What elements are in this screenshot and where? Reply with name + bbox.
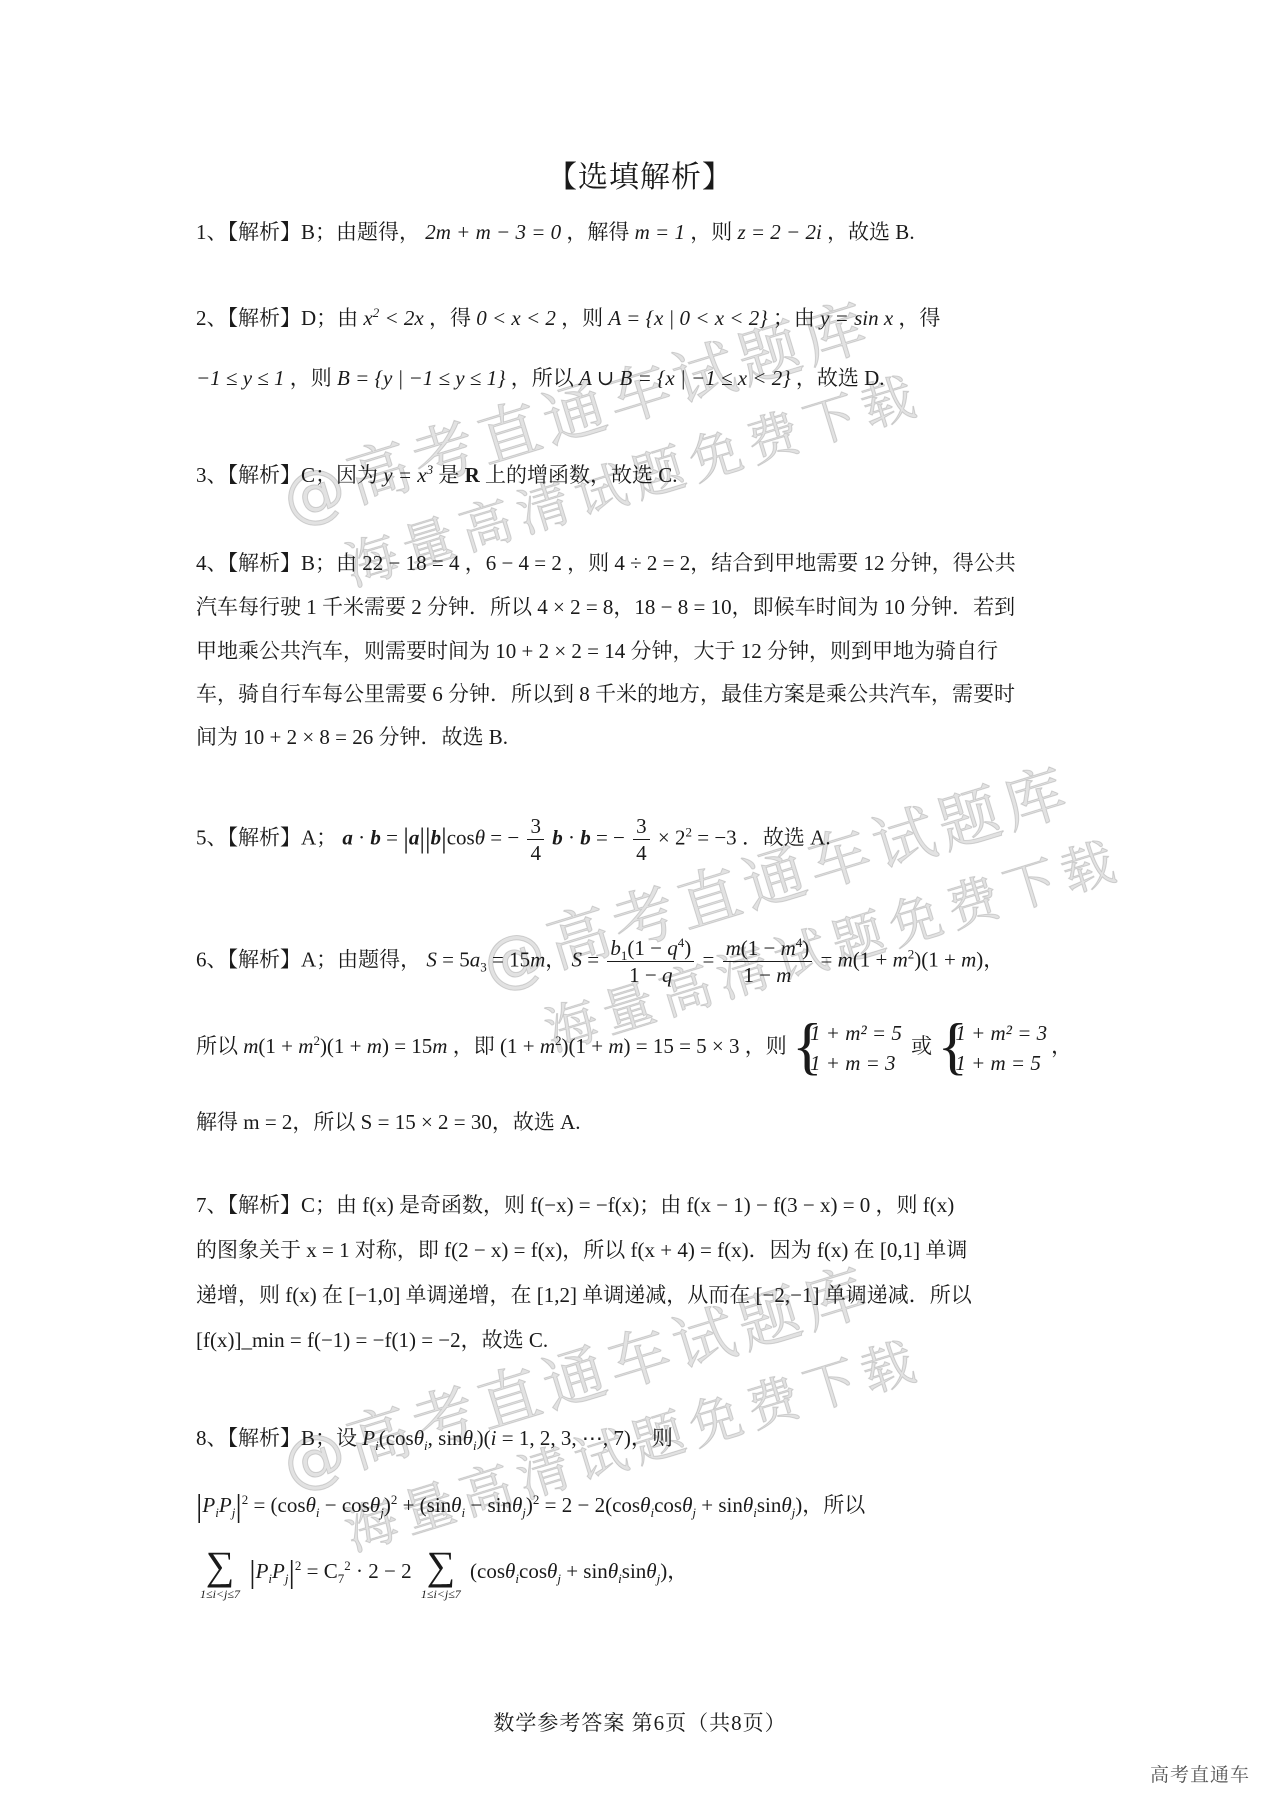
solution-8-line-1: 8、【解析】B；设 Pi(cosθi, sinθi)(i = 1, 2, 3, …: [196, 1423, 673, 1453]
summation: ∑1≤i<j≤7: [200, 1545, 240, 1601]
solution-4-line-4: 车，骑自行车每公里需要 6 分钟．所以到 8 千米的地方，最佳方案是乘公共汽车，…: [196, 679, 1015, 709]
fraction: 34: [527, 813, 544, 866]
page-footer: 数学参考答案 第6页（共8页）: [0, 1707, 1280, 1737]
equation-system: 1 + m² = 51 + m = 3: [796, 1018, 902, 1078]
solution-6-line-3: 解得 m = 2，所以 S = 15 × 2 = 30，故选 A.: [196, 1107, 581, 1137]
solution-4-line-1: 4、【解析】B；由 22 − 18 = 4 ，6 − 4 = 2 ，则 4 ÷ …: [196, 548, 1016, 578]
solution-4-line-3: 甲地乘公共汽车，则需要时间为 10 + 2 × 2 = 14 分钟，大于 12 …: [196, 636, 998, 666]
solution-8-line-2: |PiPj|2 = (cosθi − cosθj)2 + (sinθi − si…: [196, 1490, 865, 1520]
solution-2-line-2: −1 ≤ y ≤ 1 ，则 B = {y | −1 ≤ y ≤ 1} ，所以 A…: [196, 363, 885, 393]
fraction: m(1 − m4)1 − m: [723, 935, 813, 988]
solution-1: 1、【解析】B；由题得， 2m + m − 3 = 0 ，解得 m = 1 ，则…: [196, 217, 915, 247]
solution-4-line-2: 汽车每行驶 1 千米需要 2 分钟．所以 4 × 2 = 8，18 − 8 = …: [196, 592, 1015, 622]
solution-7-line-3: 递增，则 f(x) 在 [−1,0] 单调递增，在 [1,2] 单调递减，从而在…: [196, 1280, 972, 1310]
page-title: 【选填解析】: [0, 152, 1280, 196]
brand-logo: 高考直通车: [1150, 1760, 1250, 1787]
solution-7-line-2: 的图象关于 x = 1 对称，即 f(2 − x) = f(x)，所以 f(x …: [196, 1235, 967, 1265]
answer-key-page: @高考直通车试题库 海量高清试题免费下载 @高考直通车试题库 海量高清试题免费下…: [0, 0, 1280, 1810]
solution-4-line-5: 间为 10 + 2 × 8 = 26 分钟．故选 B.: [196, 722, 508, 752]
solution-6-line-2: 所以 m(1 + m2)(1 + m) = 15m ，即 (1 + m2)(1 …: [196, 1018, 1072, 1078]
solution-5: 5、【解析】A； a · b = |a||b|cosθ = − 34 b · b…: [196, 813, 831, 866]
solution-7-line-1: 7、【解析】C；由 f(x) 是奇函数，则 f(−x) = −f(x)；由 f(…: [196, 1190, 954, 1220]
fraction: b1(1 − q4)1 − q: [607, 935, 694, 988]
solution-3: 3、【解析】C；因为 y = x3 是 R 上的增函数，故选 C.: [196, 460, 678, 490]
solution-8-line-3: ∑1≤i<j≤7 |PiPj|2 = C72 · 2 − 2 ∑1≤i<j≤7 …: [196, 1545, 688, 1601]
equation-system: 1 + m² = 31 + m = 5: [941, 1018, 1047, 1078]
solution-2-line-1: 2、【解析】D；由 x2 < 2x ，得 0 < x < 2 ，则 A = {x…: [196, 303, 940, 333]
solution-7-line-4: [f(x)]_min = f(−1) = −f(1) = −2，故选 C.: [196, 1325, 548, 1355]
fraction: 34: [633, 813, 650, 866]
solution-6-line-1: 6、【解析】A；由题得， S = 5a3 = 15m， S = b1(1 − q…: [196, 935, 1004, 988]
summation: ∑1≤i<j≤7: [421, 1545, 461, 1601]
